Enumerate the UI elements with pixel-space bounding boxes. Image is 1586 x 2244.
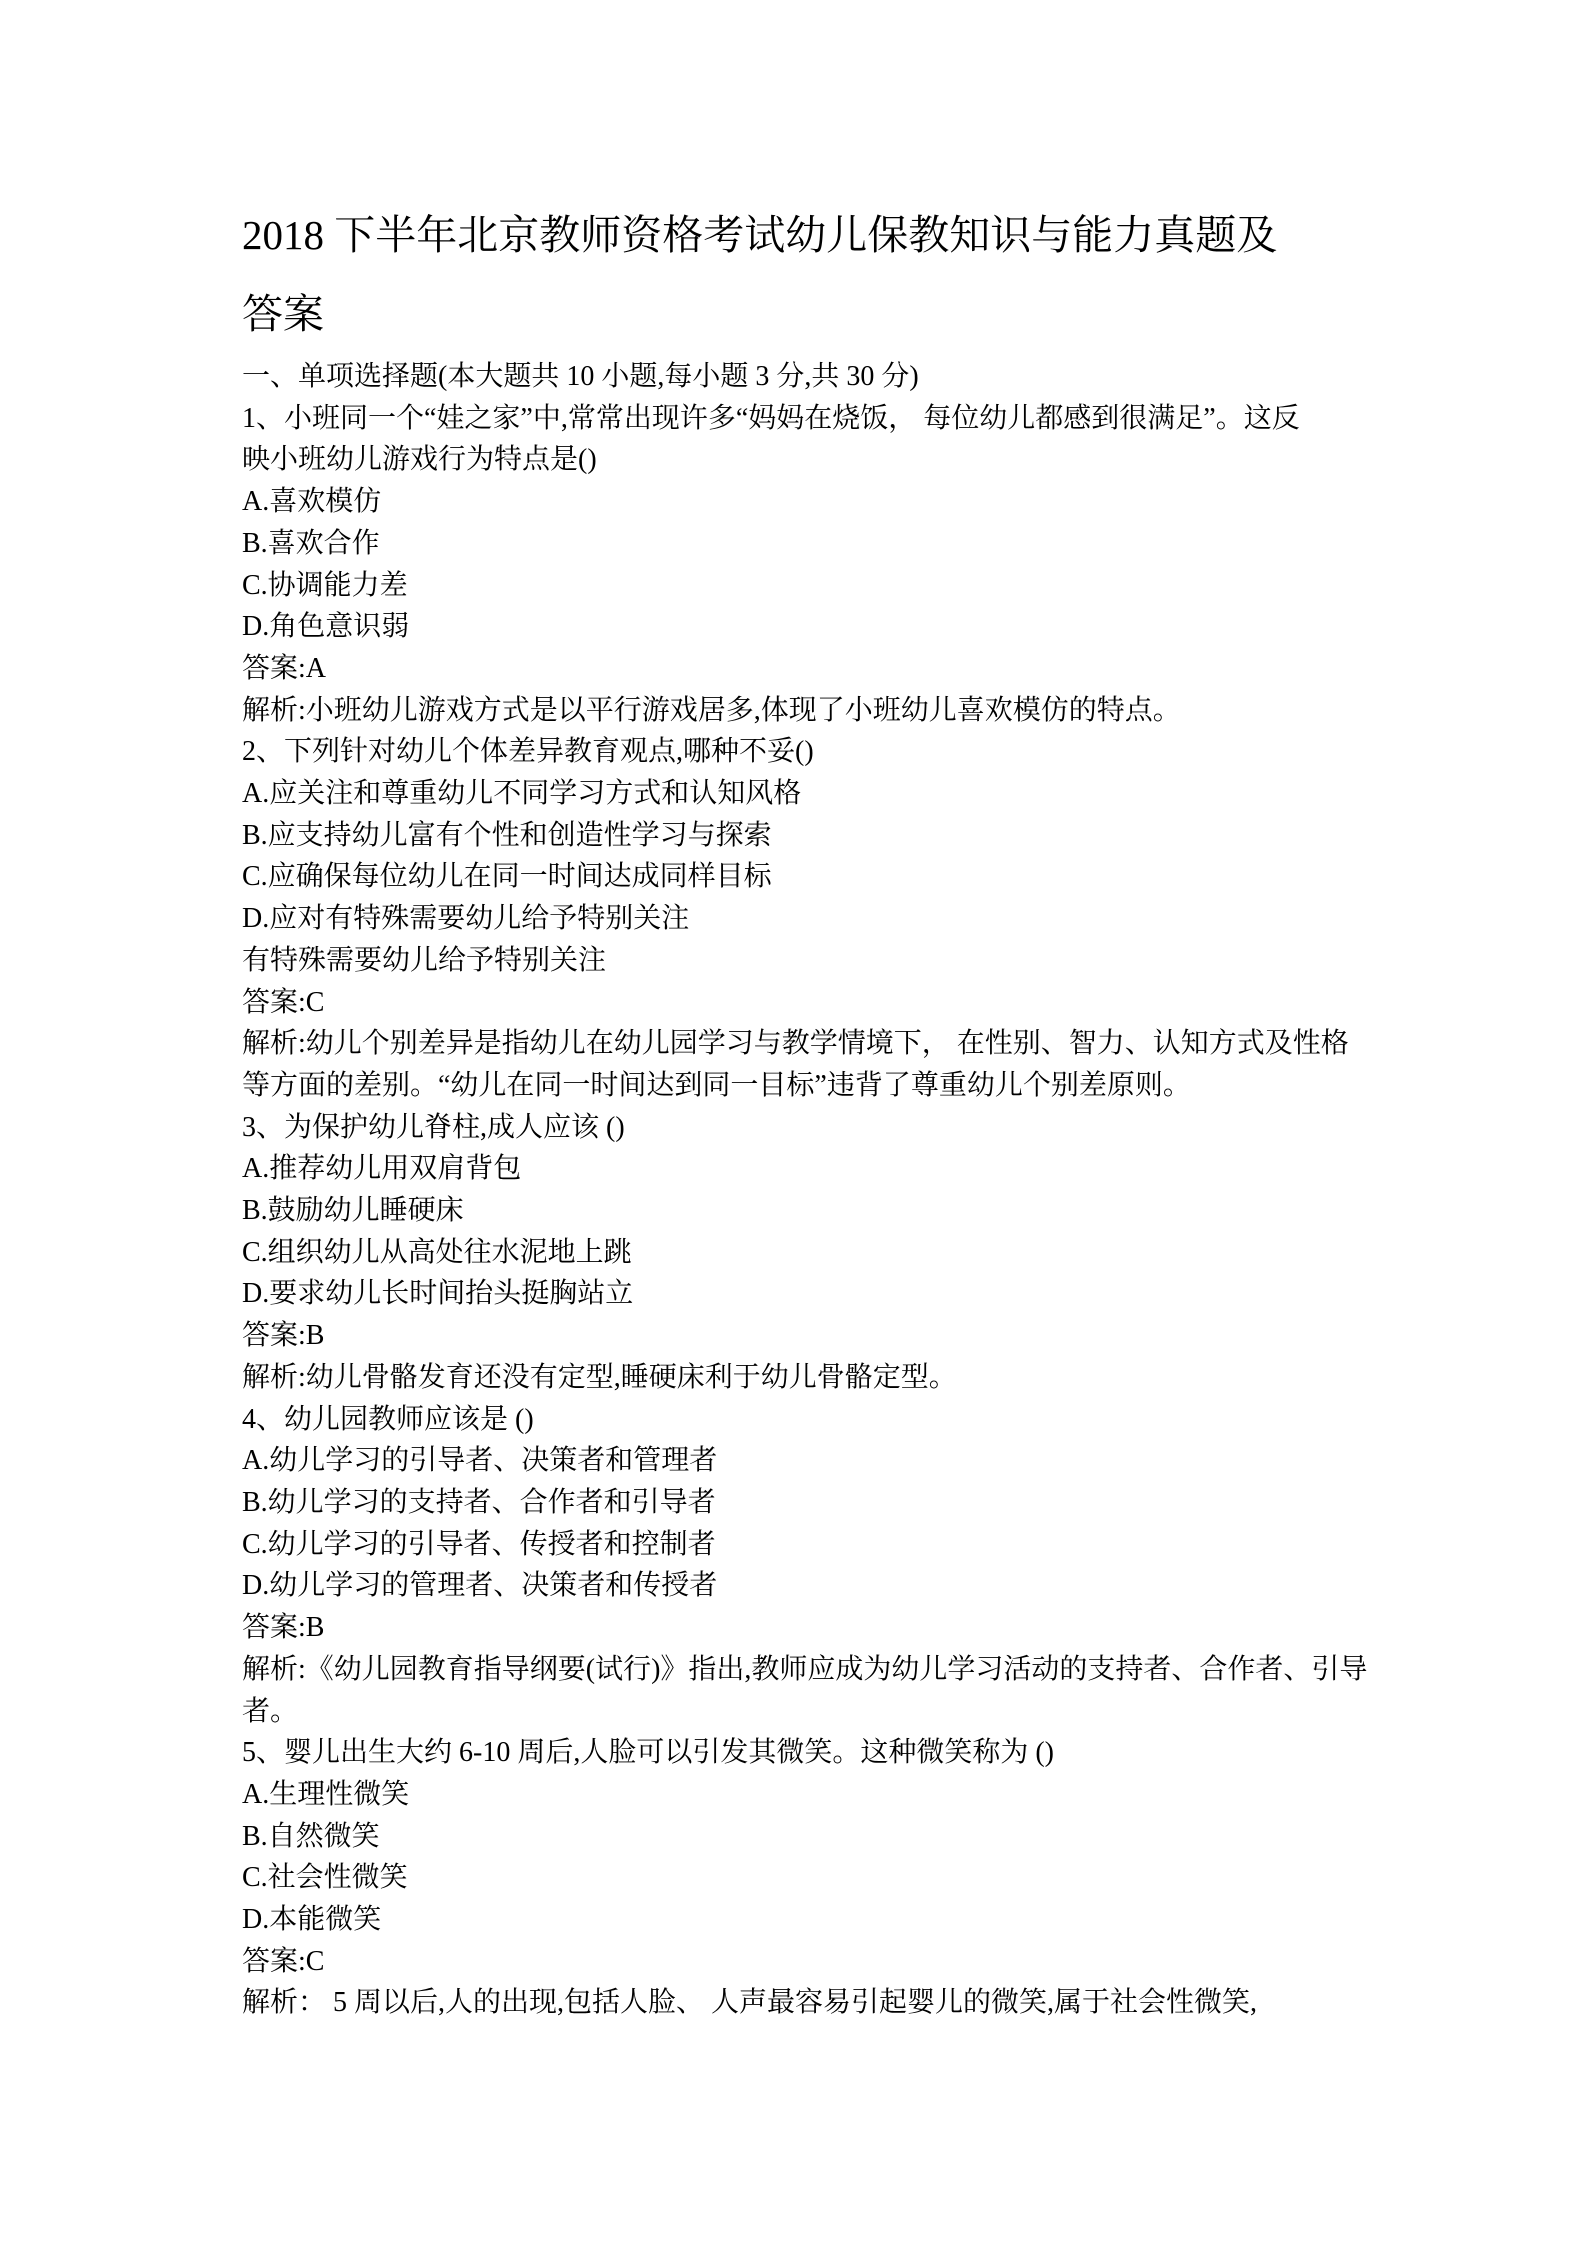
question-3-analysis: 解析:幼儿骨骼发育还没有定型,睡硬床利于幼儿骨骼定型。 bbox=[242, 1357, 1586, 1399]
question-4-option-b: B.幼儿学习的支持者、合作者和引导者 bbox=[242, 1482, 1586, 1524]
question-5-option-a: A.生理性微笑 bbox=[242, 1774, 1586, 1816]
section-header: 一、单项选择题(本大题共 10 小题,每小题 3 分,共 30 分) bbox=[242, 356, 1586, 398]
question-5-answer: 答案:C bbox=[242, 1941, 1586, 1983]
question-4-stem: 4、幼儿园教师应该是 () bbox=[242, 1399, 1586, 1441]
question-5-option-b: B.自然微笑 bbox=[242, 1816, 1586, 1858]
document-title: 2018 下半年北京教师资格考试幼儿保教知识与能力真题及 答案 bbox=[242, 196, 1586, 354]
question-2-analysis-line-1: 解析:幼儿个别差异是指幼儿在幼儿园学习与教学情境下， 在性别、智力、认知方式及性… bbox=[242, 1023, 1586, 1065]
question-5-stem: 5、婴儿出生大约 6-10 周后,人脸可以引发其微笑。这种微笑称为 () bbox=[242, 1732, 1586, 1774]
question-4-analysis-line-1: 解析:《幼儿园教育指导纲要(试行)》指出,教师应成为幼儿学习活动的支持者、合作者… bbox=[242, 1649, 1586, 1691]
question-5-option-d: D.本能微笑 bbox=[242, 1899, 1586, 1941]
question-2-option-a: A.应关注和尊重幼儿不同学习方式和认知风格 bbox=[242, 773, 1586, 815]
question-4-analysis-line-2: 者。 bbox=[242, 1691, 1586, 1733]
question-4-answer: 答案:B bbox=[242, 1607, 1586, 1649]
question-4-option-d: D.幼儿学习的管理者、决策者和传授者 bbox=[242, 1565, 1586, 1607]
question-1-option-a: A.喜欢模仿 bbox=[242, 481, 1586, 523]
question-2-option-d: D.应对有特殊需要幼儿给予特别关注 bbox=[242, 898, 1586, 940]
question-2-analysis-line-2: 等方面的差别。“幼儿在同一时间达到同一目标”违背了尊重幼儿个别差原则。 bbox=[242, 1065, 1586, 1107]
question-3-stem: 3、为保护幼儿脊柱,成人应该 () bbox=[242, 1107, 1586, 1149]
question-4-option-c: C.幼儿学习的引导者、传授者和控制者 bbox=[242, 1524, 1586, 1566]
question-1-option-b: B.喜欢合作 bbox=[242, 523, 1586, 565]
question-1-stem-line-1: 1、小班同一个“娃之家”中,常常出现许多“妈妈在烧饭， 每位幼儿都感到很满足”。… bbox=[242, 398, 1586, 440]
question-2-option-c: C.应确保每位幼儿在同一时间达成同样目标 bbox=[242, 856, 1586, 898]
question-5-analysis: 解析： 5 周以后,人的出现,包括人脸、 人声最容易引起婴儿的微笑,属于社会性微… bbox=[242, 1982, 1586, 2024]
question-2-option-b: B.应支持幼儿富有个性和创造性学习与探索 bbox=[242, 815, 1586, 857]
question-3-option-a: A.推荐幼儿用双肩背包 bbox=[242, 1148, 1586, 1190]
question-3-option-c: C.组织幼儿从高处往水泥地上跳 bbox=[242, 1232, 1586, 1274]
question-4-option-a: A.幼儿学习的引导者、决策者和管理者 bbox=[242, 1440, 1586, 1482]
exam-document-page: 2018 下半年北京教师资格考试幼儿保教知识与能力真题及 答案 一、单项选择题(… bbox=[0, 0, 1586, 2244]
question-1-option-d: D.角色意识弱 bbox=[242, 606, 1586, 648]
question-2-answer: 答案:C bbox=[242, 982, 1586, 1024]
question-1-option-c: C.协调能力差 bbox=[242, 565, 1586, 607]
document-title-line-1: 2018 下半年北京教师资格考试幼儿保教知识与能力真题及 bbox=[242, 196, 1586, 275]
question-3-option-d: D.要求幼儿长时间抬头挺胸站立 bbox=[242, 1273, 1586, 1315]
question-1-answer: 答案:A bbox=[242, 648, 1586, 690]
document-title-line-2: 答案 bbox=[242, 275, 1586, 354]
question-3-option-b: B.鼓励幼儿睡硬床 bbox=[242, 1190, 1586, 1232]
question-1-stem-line-2: 映小班幼儿游戏行为特点是() bbox=[242, 439, 1586, 481]
question-3-answer: 答案:B bbox=[242, 1315, 1586, 1357]
question-5-option-c: C.社会性微笑 bbox=[242, 1857, 1586, 1899]
question-1-analysis: 解析:小班幼儿游戏方式是以平行游戏居多,体现了小班幼儿喜欢模仿的特点。 bbox=[242, 690, 1586, 732]
question-2-stem: 2、下列针对幼儿个体差异教育观点,哪种不妥() bbox=[242, 731, 1586, 773]
question-2-option-overflow: 有特殊需要幼儿给予特别关注 bbox=[242, 940, 1586, 982]
